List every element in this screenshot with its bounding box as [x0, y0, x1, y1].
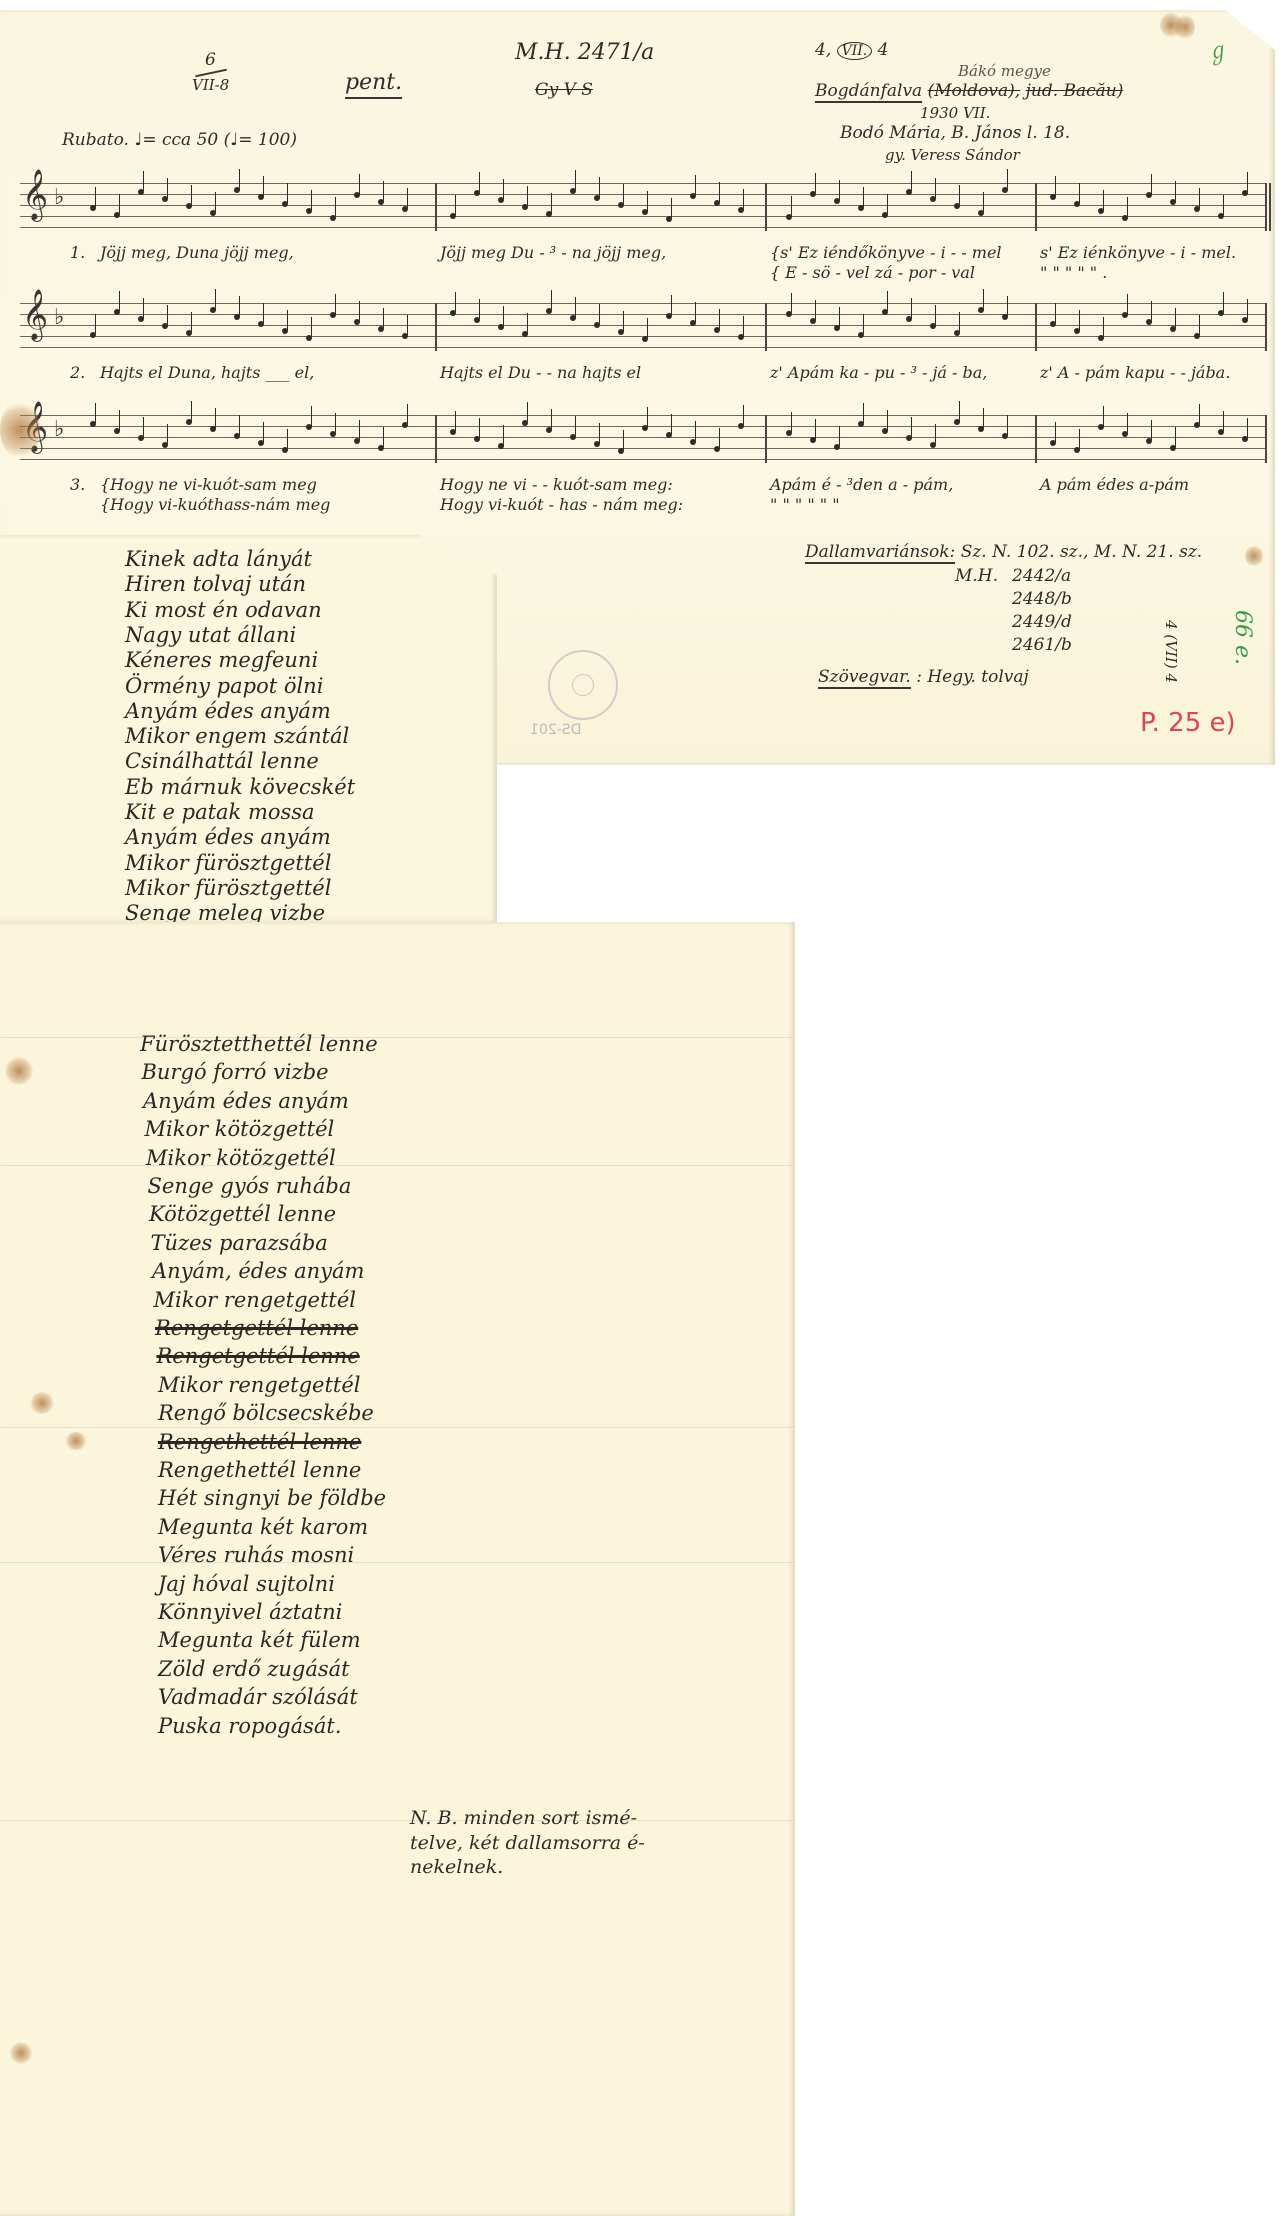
- note-stem: [863, 314, 864, 334]
- note-stem: [1151, 174, 1152, 194]
- note-stem: [647, 191, 648, 211]
- verse-number: 2.: [70, 363, 85, 382]
- note-stem: [599, 177, 600, 197]
- date: 1930 VII.: [920, 104, 990, 122]
- staff-line: [20, 303, 1265, 304]
- village-crossed: jud. Bacău): [1026, 81, 1124, 101]
- lyric-segment: A pám édes a-pám: [1040, 475, 1189, 494]
- lyric-line: Anyám édes anyám: [125, 825, 331, 849]
- fold-line: [0, 1562, 795, 1564]
- note-stem: [359, 420, 360, 440]
- stain: [0, 400, 40, 460]
- treble-clef-icon: 𝄞: [22, 173, 48, 217]
- fold-line: [0, 1427, 795, 1429]
- lyric-segment: Hajts el Du - - na hajts el: [440, 363, 641, 382]
- alt-lyric-segment: " " " " " ": [770, 495, 840, 514]
- text-variants-line: Szövegvar. : Hegy. tolvaj: [818, 667, 1029, 687]
- note-stem: [335, 197, 336, 217]
- lyrics-sheet-bottom: Fürösztetthettél lenneBurgó forró vizbeA…: [0, 922, 795, 2216]
- fraction-top: 6: [205, 50, 216, 70]
- note-stem: [551, 193, 552, 213]
- note-stem: [143, 171, 144, 191]
- lyric-line: Véres ruhás mosni: [158, 1543, 354, 1567]
- lyric-line: Mikor rengetgettél: [154, 1288, 357, 1312]
- note-stem: [959, 401, 960, 421]
- lyric-line: Mikor fürösztgettél: [125, 876, 331, 900]
- note-stem: [719, 428, 720, 448]
- red-code: P. 25 e): [1140, 708, 1236, 738]
- note-stem: [335, 294, 336, 314]
- note-stem: [983, 192, 984, 212]
- village-line: Bogdánfalva (Moldova), jud. Bacău): [815, 81, 1123, 101]
- lyric-line: Anyám édes anyám: [143, 1089, 349, 1113]
- note-stem: [863, 403, 864, 423]
- note-stem: [599, 304, 600, 324]
- note-stem: [743, 405, 744, 425]
- note-stem: [1247, 172, 1248, 192]
- tempo-marking: Rubato. ♩= cca 50 (♩= 100): [62, 130, 297, 150]
- note-stem: [1055, 176, 1056, 196]
- note-stem: [191, 185, 192, 205]
- note-stem: [1127, 413, 1128, 433]
- treble-clef-icon: 𝄞: [22, 293, 48, 337]
- note-stem: [1007, 415, 1008, 435]
- note-stem: [1055, 422, 1056, 442]
- note-stem: [359, 174, 360, 194]
- lyric-segment: Jöjj meg Du - ³ - na jöjj meg,: [440, 243, 666, 262]
- note-stem: [1007, 169, 1008, 189]
- lyric-line: Zöld erdő zugását: [158, 1657, 350, 1681]
- lyric-segment: Hogy ne vi - - kuót-sam meg:: [440, 475, 673, 494]
- lyric-line: Tüzes parazsába: [151, 1231, 328, 1255]
- note-stem: [479, 172, 480, 192]
- note-stem: [1199, 188, 1200, 208]
- note-stem: [263, 422, 264, 442]
- note-stem: [671, 198, 672, 218]
- note-stem: [95, 314, 96, 334]
- note-stem: [623, 184, 624, 204]
- reference-code: 4, VII. 4: [815, 40, 889, 60]
- note-stem: [1175, 181, 1176, 201]
- note-stem: [239, 296, 240, 316]
- flat-key-signature: ♭: [54, 305, 64, 330]
- note-stem: [839, 307, 840, 327]
- note-stem: [455, 195, 456, 215]
- note-stem: [383, 308, 384, 328]
- note-stem: [1103, 190, 1104, 210]
- lyric-line: Kit e patak mossa: [125, 800, 315, 824]
- note-stem: [647, 407, 648, 427]
- note-stem: [623, 430, 624, 450]
- note-stem: [527, 313, 528, 333]
- note-stem: [527, 186, 528, 206]
- flat-key-signature: ♭: [54, 185, 64, 210]
- note-stem: [719, 182, 720, 202]
- lyric-line: Kéneres megfeuni: [125, 648, 318, 672]
- bar-line: [435, 415, 437, 463]
- note-stem: [719, 309, 720, 329]
- note-stem: [815, 419, 816, 439]
- note-stem: [671, 414, 672, 434]
- note-stem: [503, 306, 504, 326]
- lyric-line: Mikor fürösztgettél: [125, 851, 331, 875]
- note-stem: [239, 415, 240, 435]
- note-stem: [527, 402, 528, 422]
- note-stem: [575, 297, 576, 317]
- lyrics-slip: Kinek adta lányátHiren tolvaj utánKi mos…: [0, 535, 497, 922]
- note-stem: [887, 410, 888, 430]
- note-stem: [95, 187, 96, 207]
- stain: [65, 1432, 87, 1450]
- note-stem: [695, 302, 696, 322]
- library-stamp: [548, 650, 618, 720]
- lyric-line: Megunta két karom: [158, 1515, 368, 1539]
- ref-code-left: 4,: [815, 40, 831, 60]
- note-stem: [1103, 317, 1104, 337]
- village-region: (Moldova),: [928, 81, 1021, 101]
- note-stem: [671, 295, 672, 315]
- alt-lyric-segment: {Hogy vi-kuóthass-nám meg: [100, 495, 330, 514]
- lyric-line: Senge meleg vizbe: [125, 901, 325, 925]
- note-stem: [1199, 315, 1200, 335]
- green-mark: ℊ: [1200, 32, 1231, 69]
- note-stem: [455, 411, 456, 431]
- lyric-line: Fürösztetthettél lenne: [140, 1032, 378, 1056]
- bar-line: [765, 303, 767, 351]
- lyric-line: Eb márnuk kövecskét: [125, 775, 355, 799]
- note-stem: [1175, 308, 1176, 328]
- staff-line: [20, 216, 1265, 217]
- note-stem: [479, 299, 480, 319]
- lyric-line: Senge gyós ruhába: [148, 1174, 352, 1198]
- note-stem: [1079, 183, 1080, 203]
- lyric-line: Megunta két fülem: [158, 1628, 361, 1652]
- note-stem: [1055, 303, 1056, 323]
- lyric-line: Hiren tolvaj után: [125, 572, 306, 596]
- green-number: 66 e.: [1230, 610, 1255, 665]
- note-stem: [1127, 197, 1128, 217]
- lyric-line: Rengethettél lenne: [158, 1430, 361, 1454]
- note-stem: [1007, 296, 1008, 316]
- mh-variant-item: 2448/b: [1012, 589, 1072, 609]
- ref-code-circled: VII.: [837, 42, 873, 60]
- staff-line: [20, 347, 1265, 348]
- music-staff: 𝄞♭: [20, 183, 1265, 231]
- bar-line: [1265, 415, 1267, 463]
- note-stem: [359, 301, 360, 321]
- note-stem: [599, 423, 600, 443]
- note-stem: [647, 318, 648, 338]
- stain: [5, 1057, 33, 1085]
- note-stem: [983, 289, 984, 309]
- note-stem: [815, 300, 816, 320]
- note-stem: [935, 305, 936, 325]
- variants-label: Dallamvariánsok:: [805, 542, 955, 564]
- lyric-line: Mikor engem szántál: [125, 724, 349, 748]
- note-stem: [887, 291, 888, 311]
- note-stem: [791, 196, 792, 216]
- note-stem: [311, 406, 312, 426]
- note-stem: [887, 194, 888, 214]
- stain: [10, 2042, 32, 2064]
- note-stem: [239, 169, 240, 189]
- lyric-segment: {Hogy ne vi-kuót-sam meg: [100, 475, 317, 494]
- lyric-line: Hét singnyi be földbe: [158, 1486, 386, 1510]
- note-stem: [143, 298, 144, 318]
- fraction-bottom: VII-8: [192, 76, 229, 94]
- lyric-line: Könnyivel áztatni: [158, 1600, 342, 1624]
- note-stem: [911, 171, 912, 191]
- variants-line: Dallamvariánsok: Sz. N. 102. sz., M. N. …: [805, 542, 1202, 562]
- lyric-segment: {s' Ez iéndőkönyve - i - - mel: [770, 243, 1002, 262]
- note-stem: [551, 290, 552, 310]
- fold-line: [0, 1165, 795, 1167]
- lyric-line: Csinálhattál lenne: [125, 749, 319, 773]
- lyric-segment: z' Apám ka - pu - ³ - já - ba,: [770, 363, 987, 382]
- alt-lyric-segment: { E - sö - vel zá - por - val: [770, 263, 975, 282]
- note-stem: [287, 310, 288, 330]
- lyric-line: Örmény papot ölni: [125, 674, 323, 698]
- note-line-1: N. B. minden sort ismé-: [410, 1807, 637, 1829]
- text-variants-label: Szövegvar.: [818, 667, 911, 689]
- singer: Bodó Mária, B. János l. 18.: [840, 123, 1070, 143]
- note-stem: [143, 417, 144, 437]
- verse-number: 3.: [70, 475, 85, 494]
- note-stem: [959, 185, 960, 205]
- catalog-number: M.H. 2471/a: [515, 40, 654, 65]
- note-stem: [695, 175, 696, 195]
- village: Bogdánfalva: [815, 81, 922, 103]
- mh-variant-item: 2449/d: [1012, 612, 1072, 632]
- note-stem: [263, 303, 264, 323]
- lyric-line: Puska ropogását.: [158, 1714, 342, 1738]
- lyric-segment: Apám é - ³den a - pám,: [770, 475, 953, 494]
- note-stem: [839, 426, 840, 446]
- lyric-line: Nagy utat állani: [125, 623, 296, 647]
- note-stem: [215, 408, 216, 428]
- note-stem: [983, 408, 984, 428]
- note-stem: [1127, 294, 1128, 314]
- mh-variant-item: 2442/a: [1012, 566, 1071, 586]
- note-stem: [311, 317, 312, 337]
- stain: [1175, 14, 1195, 40]
- note-stem: [95, 403, 96, 423]
- note-stem: [407, 315, 408, 335]
- note-stem: [1247, 299, 1248, 319]
- note-stem: [959, 312, 960, 332]
- note-stem: [623, 311, 624, 331]
- note-stem: [743, 189, 744, 209]
- note-stem: [311, 190, 312, 210]
- note-stem: [863, 187, 864, 207]
- note-stem: [407, 188, 408, 208]
- lyric-line: Rengethettél lenne: [158, 1458, 361, 1482]
- note-stem: [911, 417, 912, 437]
- ref-code-right: 4: [878, 40, 889, 60]
- lyric-line: Ki most én odavan: [125, 598, 322, 622]
- bar-line: [1035, 183, 1037, 231]
- note-stem: [167, 305, 168, 325]
- note-stem: [1223, 411, 1224, 431]
- lyric-line: Vadmadár szólását: [158, 1685, 358, 1709]
- lyric-segment: Jöjj meg, Duna jöjj meg,: [100, 243, 294, 262]
- lyric-line: Mikor rengetgettél: [158, 1373, 361, 1397]
- note-stem: [1151, 301, 1152, 321]
- lyric-segment: z' A - pám kapu - - jába.: [1040, 363, 1230, 382]
- note-stem: [287, 183, 288, 203]
- note-stem: [1103, 406, 1104, 426]
- lyric-line: Anyám édes anyám: [125, 699, 331, 723]
- note-stem: [1079, 429, 1080, 449]
- note-stem: [575, 170, 576, 190]
- note-stem: [695, 421, 696, 441]
- note-stem: [791, 293, 792, 313]
- note-stem: [119, 410, 120, 430]
- note-stem: [503, 425, 504, 445]
- rotated-code: 4 (VII) 4: [1162, 620, 1180, 683]
- bar-line: [1035, 415, 1037, 463]
- lyric-line: Kinek adta lányát: [125, 547, 312, 571]
- staff-line: [20, 459, 1265, 460]
- note-stem: [1175, 427, 1176, 447]
- mh-prefix: M.H.: [955, 566, 998, 586]
- note-line-2: telve, két dallamsorra é-: [410, 1832, 645, 1854]
- note-stem: [455, 292, 456, 312]
- lyric-segment: s' Ez iénkönyve - i - mel.: [1040, 243, 1236, 262]
- note-stem: [479, 418, 480, 438]
- note-stem: [1151, 420, 1152, 440]
- note-stem: [215, 289, 216, 309]
- lyric-line: Kötözgettél lenne: [149, 1202, 336, 1226]
- note-stem: [503, 179, 504, 199]
- alt-lyric-segment: Hogy vi-kuót - has - nám meg:: [440, 495, 683, 514]
- staff-line: [20, 227, 1265, 228]
- note-stem: [815, 173, 816, 193]
- note-stem: [551, 409, 552, 429]
- note-stem: [911, 298, 912, 318]
- stain: [1245, 545, 1263, 567]
- stamp-code: DS-201: [530, 722, 581, 738]
- text-variants-value: : Hegy. tolvaj: [916, 667, 1029, 687]
- music-staff: 𝄞♭: [20, 303, 1265, 351]
- alt-lyric-segment: " " " " " .: [1040, 263, 1107, 282]
- lyric-line: Mikor kötözgettél: [146, 1146, 336, 1170]
- note-stem: [1199, 404, 1200, 424]
- mh-variant-item: 2461/b: [1012, 635, 1072, 655]
- bar-line: [1265, 183, 1267, 231]
- lyric-line: Mikor kötözgettél: [145, 1117, 335, 1141]
- bar-line: [1265, 303, 1267, 351]
- note-stem: [119, 291, 120, 311]
- note-stem: [383, 181, 384, 201]
- stain: [30, 1392, 54, 1414]
- bar-line: [435, 303, 437, 351]
- bar-line: [1035, 303, 1037, 351]
- note-line-3: nekelnek.: [410, 1856, 503, 1878]
- lyric-line: Burgó forró vizbe: [142, 1060, 329, 1084]
- staff-line: [20, 415, 1265, 416]
- pent-label: pent.: [345, 70, 402, 99]
- note-stem: [935, 178, 936, 198]
- music-staff: 𝄞♭: [20, 415, 1265, 463]
- note-stem: [1223, 292, 1224, 312]
- note-stem: [335, 413, 336, 433]
- note-stem: [1223, 195, 1224, 215]
- lyric-line: Rengő bölcsecskébe: [158, 1401, 374, 1425]
- bar-line: [765, 415, 767, 463]
- note-stem: [839, 180, 840, 200]
- lyric-segment: Hajts el Duna, hajts ___ el,: [100, 363, 314, 382]
- note-stem: [191, 312, 192, 332]
- lyric-line: Rengetgettél lenne: [155, 1316, 358, 1340]
- bar-line: [765, 183, 767, 231]
- collector: gy. Veress Sándor: [885, 146, 1020, 164]
- note-stem: [575, 416, 576, 436]
- note-stem: [1247, 418, 1248, 438]
- note-stem: [119, 194, 120, 214]
- crossed-initials: Gy V S: [535, 80, 593, 100]
- note-stem: [167, 178, 168, 198]
- note-stem: [287, 429, 288, 449]
- fold-line: [0, 1037, 795, 1039]
- village-inserted: Bákó megye: [958, 62, 1051, 80]
- note-stem: [935, 424, 936, 444]
- lyric-line: Rengetgettél lenne: [157, 1344, 360, 1368]
- note-stem: [191, 401, 192, 421]
- note-stem: [383, 427, 384, 447]
- lyric-line: Jaj hóval sujtolni: [158, 1572, 335, 1596]
- bar-line: [435, 183, 437, 231]
- note-stem: [167, 424, 168, 444]
- fold-line: [0, 1820, 795, 1822]
- note-stem: [215, 192, 216, 212]
- note-stem: [743, 316, 744, 336]
- variants-refs: Sz. N. 102. sz., M. N. 21. sz.: [961, 542, 1203, 562]
- note-stem: [263, 176, 264, 196]
- flat-key-signature: ♭: [54, 417, 64, 442]
- verse-number: 1.: [70, 243, 85, 262]
- stamp-emblem: [572, 674, 594, 696]
- note-stem: [407, 404, 408, 424]
- lyric-line: Anyám, édes anyám: [152, 1259, 364, 1283]
- note-stem: [791, 412, 792, 432]
- note-stem: [1079, 310, 1080, 330]
